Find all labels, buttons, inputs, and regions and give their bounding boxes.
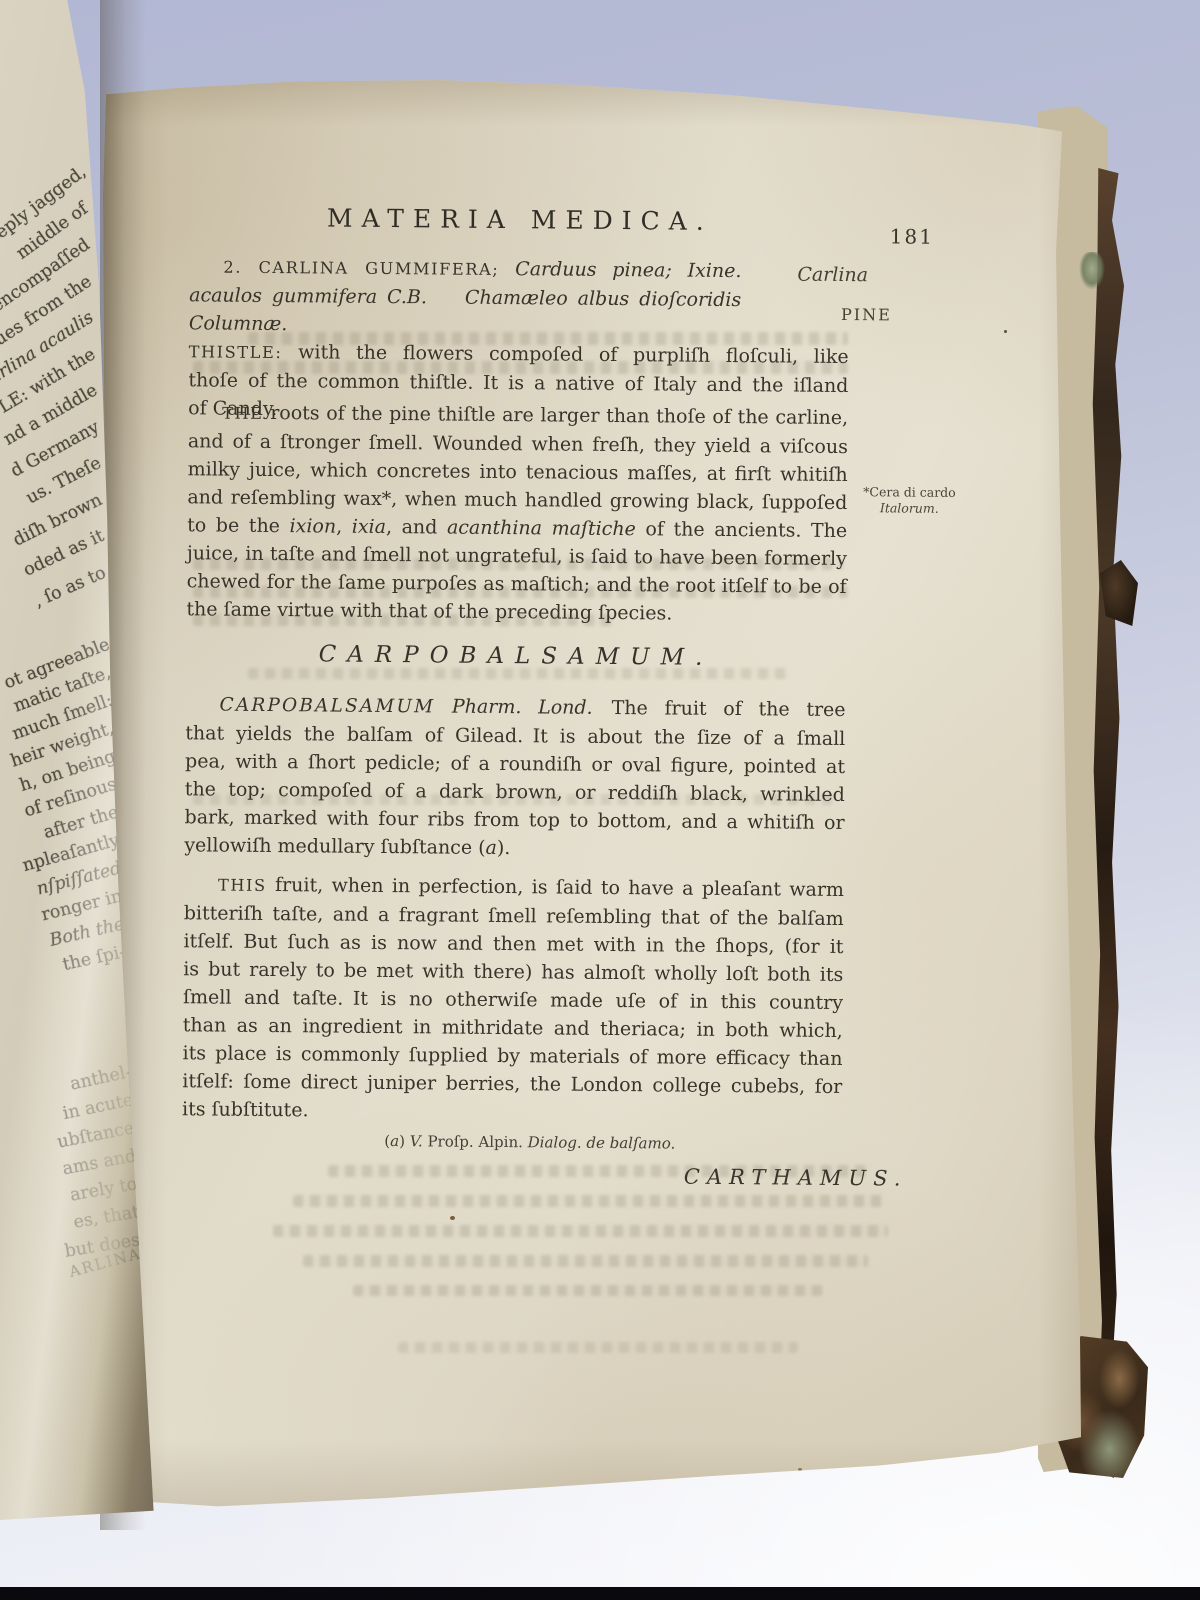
- left-page-fragment: anthel-: [69, 1062, 134, 1094]
- text-line: its ſubſtitute.: [182, 1095, 842, 1129]
- text-segment: Dialog. de balſamo.: [528, 1133, 676, 1152]
- text-segment: THISTLE:: [189, 342, 283, 362]
- text-segment: that yields the balſam of Gilead. It is …: [185, 722, 845, 750]
- text-segment: itſelf: ſome direct juniper berries, the…: [182, 1070, 842, 1098]
- left-page-fragment: arely to: [69, 1174, 139, 1205]
- text-segment: THIS: [218, 876, 267, 895]
- text-segment: ixion: [290, 515, 337, 537]
- text-segment: the top; compoſed of a dark brown, or re…: [185, 778, 845, 806]
- text-segment: than as an ingredient in mithridate and …: [183, 1014, 843, 1042]
- paragraph-carpobalsamum-description: CARPOBALSAMUM Pharm. Lond. The fruit of …: [184, 690, 845, 865]
- left-page-fragment: the ſpi-: [61, 942, 127, 975]
- text-segment: with the flowers compoſed of purpliſh fl…: [282, 341, 848, 368]
- text-segment: its ſubſtitute.: [182, 1098, 309, 1121]
- text-segment: [593, 697, 612, 719]
- text-segment: Proſp. Alpin.: [423, 1132, 528, 1151]
- text-segment: of the ancients. The: [636, 518, 847, 542]
- text-segment: bitteriſh taſte, and a fragrant ſmell re…: [184, 902, 844, 930]
- text-segment: chewed for the ſame purpoſes as maſtich;…: [187, 570, 847, 598]
- text-segment: acaulos gummifera C.B.: [189, 284, 427, 308]
- catchword-carthamus: CARTHAMUS.: [489, 1163, 907, 1191]
- text-segment: itſelf. But ſuch as is now and then met …: [183, 930, 843, 958]
- text-line: (a) V. Proſp. Alpin. Dialog. de balſamo.: [270, 1131, 790, 1154]
- text-segment: fruit, when in perfection, is ſaid to ha…: [267, 874, 844, 901]
- text-segment: is but rarely to be met with there) has …: [183, 958, 843, 986]
- text-segment: [435, 695, 452, 717]
- text-line: acaulos gummifera C.B. Chamæleo albus di…: [189, 281, 849, 343]
- text-segment: ,: [336, 516, 352, 538]
- margin-note-species: Carlina: [797, 264, 868, 287]
- running-title: MATERIA MEDICA.: [190, 202, 850, 237]
- text-segment: roots of the pine thiſtle are larger tha…: [263, 402, 848, 429]
- text-segment: and reſembling wax*, when much handled g…: [187, 486, 847, 514]
- left-page-fragment: es, that: [72, 1202, 141, 1233]
- text-segment: a: [485, 837, 497, 859]
- typeset-area: MATERIA MEDICA. 181 2. CARLINA GUMMIFERA…: [87, 79, 1099, 1518]
- page-number: 181: [890, 224, 934, 248]
- text-segment: ): [399, 1132, 410, 1150]
- margin-note-line: *Cera di cardo: [851, 484, 967, 501]
- text-segment: 2. CARLINA GUMMIFERA;: [223, 258, 499, 279]
- photo-bottom-edge: [0, 1587, 1200, 1600]
- section-heading-carpobalsamum: CARPOBALSAMUM.: [186, 640, 846, 672]
- text-line: thoſe of the common thiſtle. It is a nat…: [188, 366, 848, 400]
- text-segment: its place is commonly ſupplied by materi…: [182, 1042, 842, 1070]
- book-page-181: MATERIA MEDICA. 181 2. CARLINA GUMMIFERA…: [98, 80, 1098, 1510]
- text-segment: bark, marked with four ribs from top to …: [185, 806, 845, 834]
- text-segment: to be the: [187, 514, 290, 537]
- text-segment: and of a ſtronger ſmell. Wounded when fr…: [188, 430, 848, 458]
- paragraph-pine-thistle-roots: THE roots of the pine thiſtle are larger…: [186, 398, 848, 629]
- text-segment: yellowiſh medullary ſubſtance (: [184, 834, 485, 859]
- paragraph-carpobalsamum-uses: THIS fruit, when in perfection, is ſaid …: [182, 870, 844, 1129]
- text-segment: pea, with a ſhort pedicle; of a roundiſh…: [185, 750, 845, 778]
- text-segment: [499, 258, 515, 280]
- text-segment: ).: [497, 837, 511, 859]
- margin-note-line: Italorum.: [851, 500, 967, 517]
- text-segment: ixia: [352, 516, 386, 538]
- text-segment: ſmell and taſte. It is no otherwiſe made…: [183, 986, 843, 1014]
- text-segment: acanthina maſtiche: [447, 517, 636, 541]
- text-line: the ſame virtue with that of the precedi…: [186, 595, 846, 629]
- text-segment: The fruit of the tree: [612, 697, 846, 721]
- text-segment: the ſame virtue with that of the precedi…: [186, 598, 672, 624]
- margin-note-cera-di-cardo: *Cera di cardo Italorum.: [851, 484, 967, 517]
- text-line: yellowiſh medullary ſubſtance (a).: [184, 831, 844, 865]
- text-segment: thoſe of the common thiſtle. It is a nat…: [188, 369, 848, 397]
- text-segment: THE: [222, 404, 264, 423]
- left-page-fragment: ams and: [61, 1146, 138, 1179]
- margin-note-common-name: PINE: [841, 305, 892, 324]
- text-segment: Pharm. Lond.: [452, 696, 593, 719]
- text-segment: [427, 286, 465, 308]
- text-segment: Carduus pinea; Ixine.: [515, 258, 741, 282]
- book-photo: MATERIA MEDICA. 181 2. CARLINA GUMMIFERA…: [0, 0, 1200, 1600]
- cover-wear-fleck: [1079, 252, 1105, 294]
- text-segment: milky juice, which concretes into tenaci…: [188, 458, 848, 486]
- footnote-citation: (a) V. Proſp. Alpin. Dialog. de balſamo.: [270, 1131, 790, 1154]
- text-segment: juice, in taſte and ſmell not ungrateful…: [187, 542, 847, 570]
- text-segment: , and: [386, 516, 447, 539]
- text-segment: CARPOBALSAMUM: [220, 695, 436, 718]
- text-segment: V.: [410, 1132, 423, 1150]
